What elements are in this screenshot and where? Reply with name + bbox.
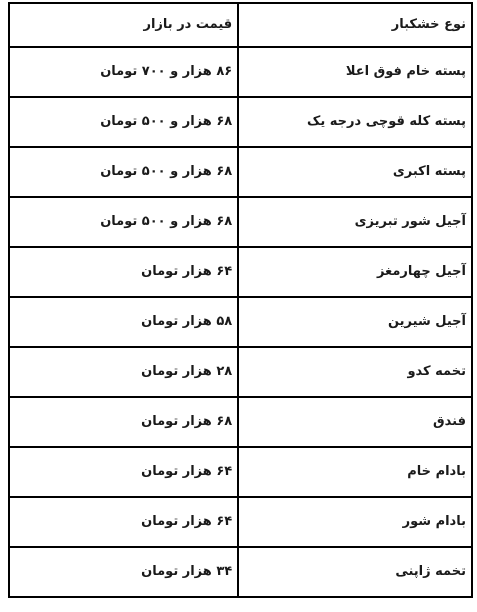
table-row: بادام خام ۶۴ هزار تومان — [9, 447, 472, 497]
price-cell: ۶۸ هزار و ۵۰۰ تومان — [9, 147, 238, 197]
price-cell: ۶۴ هزار تومان — [9, 497, 238, 547]
table-row: فندق ۶۸ هزار تومان — [9, 397, 472, 447]
nut-type-cell: پسته کله قوچی درجه یک — [238, 97, 472, 147]
price-cell: ۸۶ هزار و ۷۰۰ تومان — [9, 47, 238, 97]
nut-type-cell: بادام شور — [238, 497, 472, 547]
price-cell: ۶۴ هزار تومان — [9, 447, 238, 497]
price-cell: ۶۸ هزار تومان — [9, 397, 238, 447]
table-row: پسته کله قوچی درجه یک ۶۸ هزار و ۵۰۰ توما… — [9, 97, 472, 147]
nut-type-cell: آجیل چهارمغز — [238, 247, 472, 297]
table-row: آجیل شور تبریزی ۶۸ هزار و ۵۰۰ تومان — [9, 197, 472, 247]
nut-type-cell: پسته اکبری — [238, 147, 472, 197]
nut-type-cell: تخمه کدو — [238, 347, 472, 397]
page: نوع خشکبار قیمت در بازار پسته خام فوق اع… — [0, 0, 477, 612]
table-header-row: نوع خشکبار قیمت در بازار — [9, 3, 472, 47]
price-cell: ۵۸ هزار تومان — [9, 297, 238, 347]
header-market-price: قیمت در بازار — [9, 3, 238, 47]
table-row: آجیل شیرین ۵۸ هزار تومان — [9, 297, 472, 347]
nut-type-cell: آجیل شور تبریزی — [238, 197, 472, 247]
table-row: پسته اکبری ۶۸ هزار و ۵۰۰ تومان — [9, 147, 472, 197]
price-cell: ۳۴ هزار تومان — [9, 547, 238, 597]
price-cell: ۲۸ هزار تومان — [9, 347, 238, 397]
nut-type-cell: پسته خام فوق اعلا — [238, 47, 472, 97]
table-row: آجیل چهارمغز ۶۴ هزار تومان — [9, 247, 472, 297]
table-row: پسته خام فوق اعلا ۸۶ هزار و ۷۰۰ تومان — [9, 47, 472, 97]
table-row: تخمه کدو ۲۸ هزار تومان — [9, 347, 472, 397]
nut-price-table: نوع خشکبار قیمت در بازار پسته خام فوق اع… — [8, 2, 473, 598]
price-cell: ۶۸ هزار و ۵۰۰ تومان — [9, 97, 238, 147]
nut-type-cell: بادام خام — [238, 447, 472, 497]
price-cell: ۶۴ هزار تومان — [9, 247, 238, 297]
table-row: بادام شور ۶۴ هزار تومان — [9, 497, 472, 547]
price-cell: ۶۸ هزار و ۵۰۰ تومان — [9, 197, 238, 247]
nut-type-cell: تخمه ژاپنی — [238, 547, 472, 597]
table-row: تخمه ژاپنی ۳۴ هزار تومان — [9, 547, 472, 597]
nut-type-cell: آجیل شیرین — [238, 297, 472, 347]
header-nut-type: نوع خشکبار — [238, 3, 472, 47]
nut-type-cell: فندق — [238, 397, 472, 447]
